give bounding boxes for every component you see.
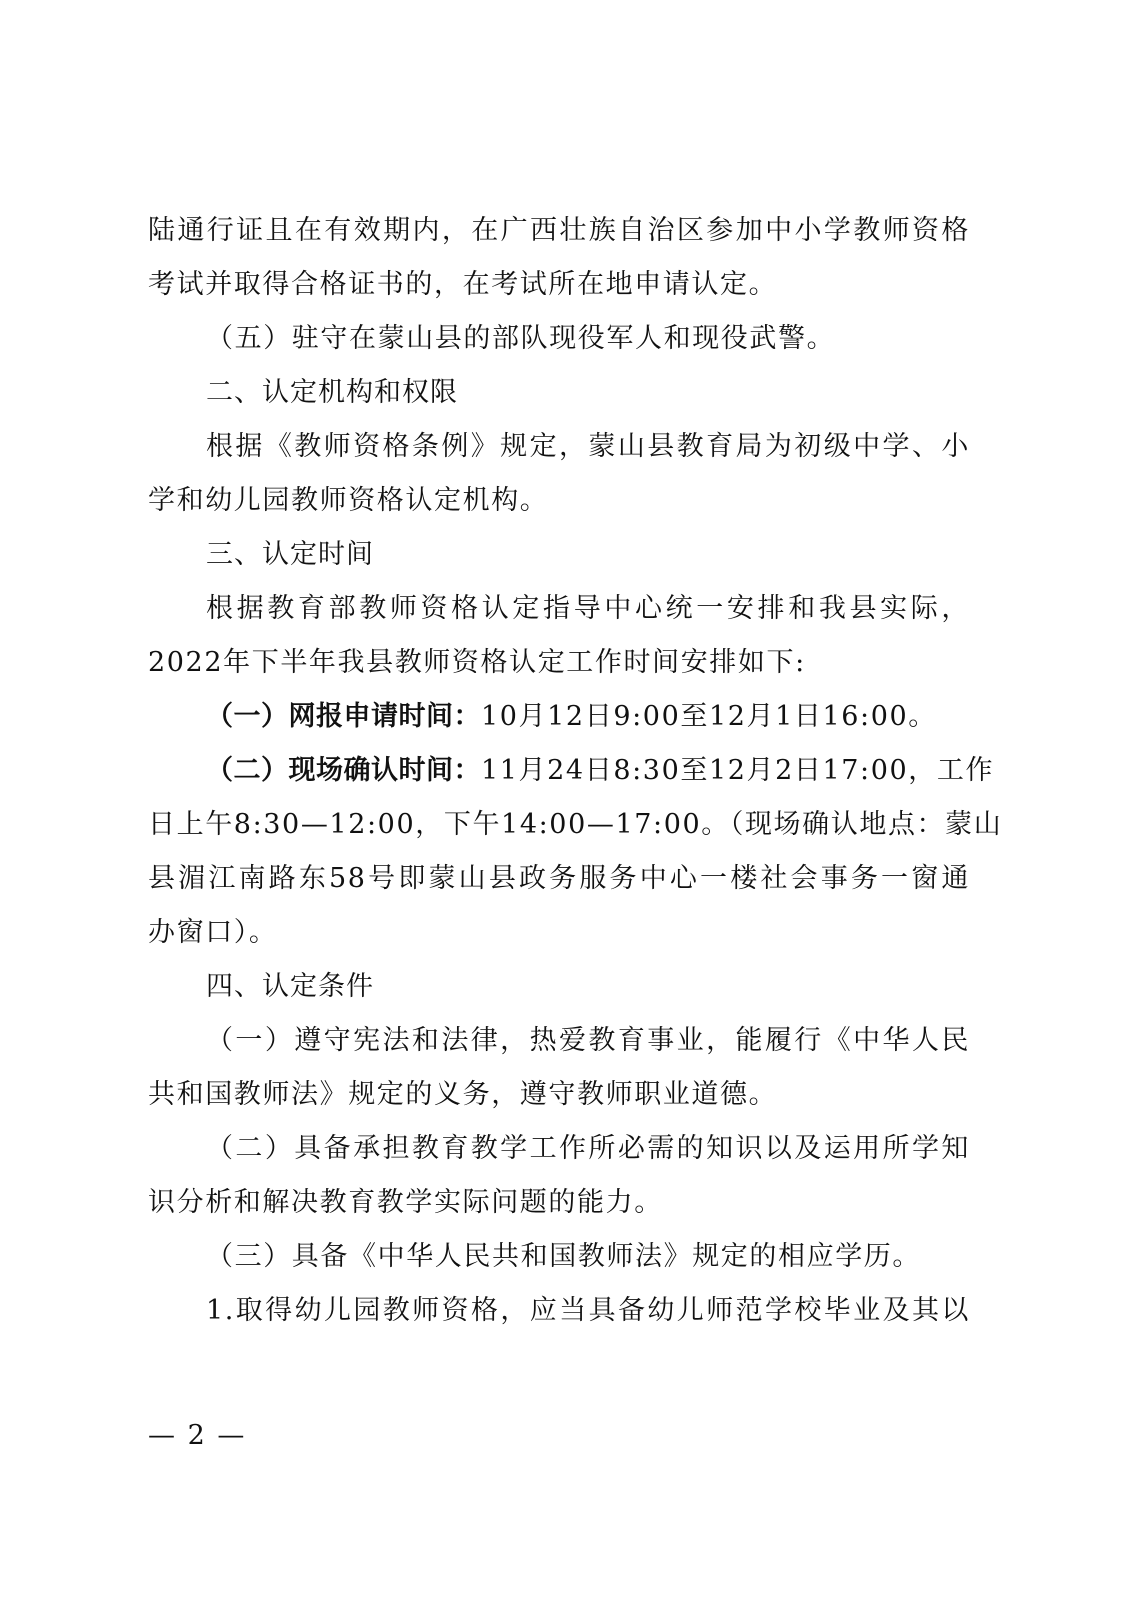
section-heading-time: 三、认定时间 [148,528,970,582]
section-heading-authority: 二、认定机构和权限 [148,366,970,420]
section-heading-conditions: 四、认定条件 [148,960,970,1014]
paragraph-line: （一）遵守宪法和法律，热爱教育事业，能履行《中华人民 [148,1014,970,1068]
schedule-onsite-confirmation: （二）现场确认时间：11月24日8:30至12月2日17:00，工作 [148,744,970,798]
schedule-online-application: （一）网报申请时间：10月12日9:00至12月1日16:00。 [148,690,970,744]
paragraph-line: 日上午8:30—12:00，下午14:00—17:00。（现场确认地点：蒙山 [148,798,970,852]
document-page: 陆通行证且在有效期内，在广西壮族自治区参加中小学教师资格 考试并取得合格证书的，… [0,0,1130,1600]
paragraph-line: 根据教育部教师资格认定指导中心统一安排和我县实际， [148,582,970,636]
paragraph-line: 考试并取得合格证书的，在考试所在地申请认定。 [148,258,970,312]
page-number: — 2 — [148,1418,246,1454]
schedule-value: 11月24日8:30至12月2日17:00，工作 [481,755,994,786]
paragraph-line: 办窗口）。 [148,906,970,960]
paragraph-line: （五）驻守在蒙山县的部队现役军人和现役武警。 [148,312,970,366]
paragraph-line: 县湄江南路东58号即蒙山县政务服务中心一楼社会事务一窗通 [148,852,970,906]
paragraph-line: 共和国教师法》规定的义务，遵守教师职业道德。 [148,1068,970,1122]
schedule-label: （二）现场确认时间： [206,755,481,786]
paragraph-line: 1.取得幼儿园教师资格，应当具备幼儿师范学校毕业及其以 [148,1284,970,1338]
paragraph-line: （三）具备《中华人民共和国教师法》规定的相应学历。 [148,1230,970,1284]
paragraph-line: 学和幼儿园教师资格认定机构。 [148,474,970,528]
document-body: 陆通行证且在有效期内，在广西壮族自治区参加中小学教师资格 考试并取得合格证书的，… [148,204,970,1338]
paragraph-line: 2022年下半年我县教师资格认定工作时间安排如下: [148,636,970,690]
schedule-value: 10月12日9:00至12月1日16:00。 [481,701,937,732]
paragraph-line: 根据《教师资格条例》规定，蒙山县教育局为初级中学、小 [148,420,970,474]
paragraph-line: 识分析和解决教育教学实际问题的能力。 [148,1176,970,1230]
paragraph-line: （二）具备承担教育教学工作所必需的知识以及运用所学知 [148,1122,970,1176]
paragraph-line: 陆通行证且在有效期内，在广西壮族自治区参加中小学教师资格 [148,204,970,258]
schedule-label: （一）网报申请时间： [206,701,481,732]
